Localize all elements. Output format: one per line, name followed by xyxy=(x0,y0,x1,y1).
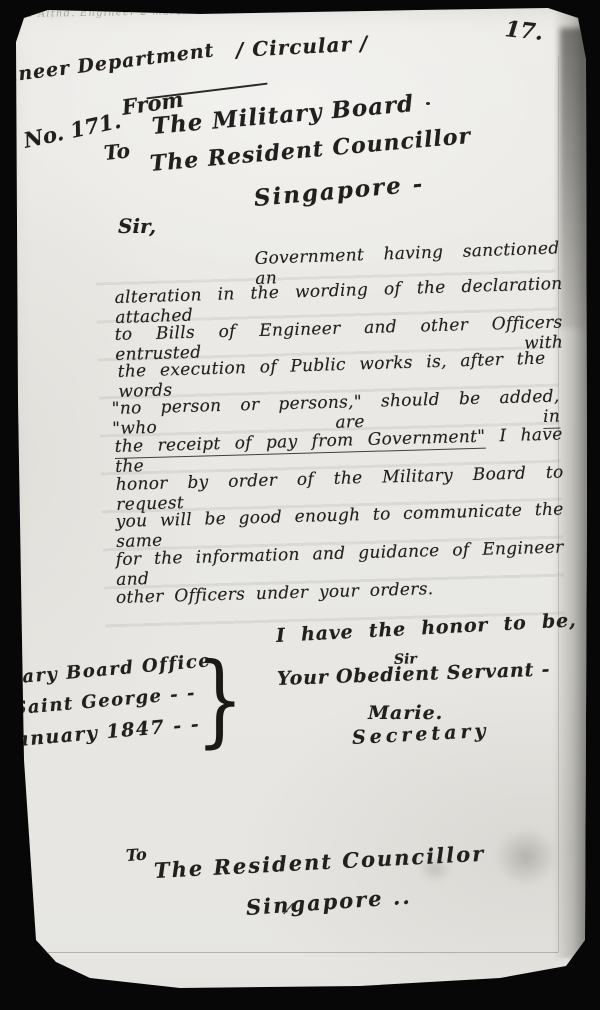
paper-sheet: 2 Althd. Engineer 2 march 1847 17. / Cir… xyxy=(0,0,600,1010)
to-label: To xyxy=(103,138,131,165)
signature: Marie. xyxy=(368,702,443,724)
page-edge-smudge xyxy=(560,28,588,328)
office-brace: } xyxy=(196,650,244,750)
footer-to-label: To xyxy=(125,845,147,865)
ink-dot xyxy=(426,102,430,105)
ink-mark-left: fp xyxy=(15,914,31,931)
salutation: Sir, xyxy=(118,214,156,238)
scanned-document: 2 Althd. Engineer 2 march 1847 17. / Cir… xyxy=(0,0,600,1010)
page-number: 17. xyxy=(504,16,545,46)
stain-blotch xyxy=(495,828,557,886)
crease-line-horizontal xyxy=(48,952,558,953)
